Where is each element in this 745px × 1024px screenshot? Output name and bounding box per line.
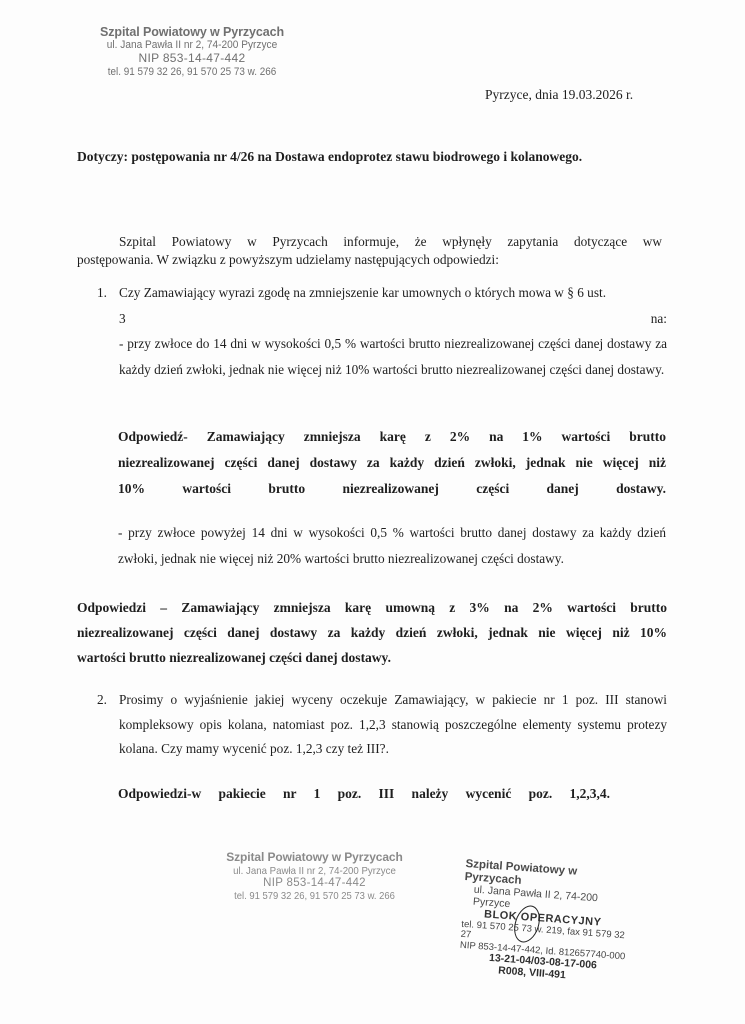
answer-1a-line-1: Odpowiedź- Zamawiający zmniejsza karę z … — [118, 424, 666, 450]
subject-line: Dotyczy: postępowania nr 4/26 na Dostawa… — [77, 150, 582, 164]
date-line: Pyrzyce, dnia 19.03.2026 r. — [485, 88, 633, 102]
question-1-bullet-b: - przy zwłoce powyżej 14 dni w wysokości… — [118, 520, 666, 571]
intro-paragraph: Szpital Powiatowy w Pyrzycach informuje,… — [77, 233, 662, 269]
question-1-na: na: — [651, 306, 667, 332]
question-2: 2. Prosimy o wyjaśnienie jakiej wyceny o… — [97, 688, 667, 762]
stamp-hospital-name: Szpital Powiatowy w Pyrzycach — [92, 25, 292, 39]
question-number: 1. — [97, 280, 107, 306]
answer-1b-line-1: Odpowiedzi – Zamawiający zmniejsza karę … — [77, 595, 667, 620]
footer-stamp: Szpital Powiatowy w Pyrzycach ul. Jana P… — [222, 851, 407, 902]
footer-stamp-address: ul. Jana Pawła II nr 2, 74-200 Pyrzyce — [229, 865, 399, 877]
footer-stamp-phone: tel. 91 579 32 26, 91 570 25 73 w. 266 — [231, 890, 398, 902]
question-1-bullet-a: - przy zwłoce do 14 dni w wysokości 0,5 … — [119, 331, 667, 382]
answer-1a-line-2: niezrealizowanej części danej dostawy za… — [118, 450, 666, 476]
answer-1b-line-2: niezrealizowanej części danej dostawy za… — [77, 620, 667, 645]
question-1-line-2: 3 na: — [119, 306, 667, 332]
answer-1b-line-3: wartości brutto niezrealizowanej części … — [77, 645, 667, 670]
stamp-address: ul. Jana Pawła II nr 2, 74-200 Pyrzyce — [100, 39, 284, 52]
question-number: 2. — [97, 688, 107, 713]
intro-line-1: Szpital Powiatowy w Pyrzycach informuje,… — [119, 234, 662, 249]
answer-1a-line-3: 10% wartości brutto niezrealizowanej czę… — [118, 476, 666, 502]
question-2-text: Prosimy o wyjaśnienie jakiej wyceny ocze… — [119, 688, 667, 762]
question-1: 1. Czy Zamawiający wyrazi zgodę na zmnie… — [97, 280, 667, 382]
stamp-nip: NIP 853-14-47-442 — [92, 52, 292, 66]
header-stamp: Szpital Powiatowy w Pyrzycach ul. Jana P… — [92, 25, 292, 78]
answer-1b: Odpowiedzi – Zamawiający zmniejsza karę … — [77, 595, 667, 670]
stamp-phone: tel. 91 579 32 26, 91 570 25 73 w. 266 — [102, 66, 282, 79]
question-1-ust-number: 3 — [119, 306, 126, 332]
answer-2: Odpowiedzi-w pakiecie nr 1 poz. III nale… — [118, 787, 610, 801]
answer-1a: Odpowiedź- Zamawiający zmniejsza karę z … — [118, 424, 666, 502]
document-page: Szpital Powiatowy w Pyrzycach ul. Jana P… — [0, 0, 745, 1024]
intro-line-2: postępowania. W związku z powyższym udzi… — [77, 252, 499, 267]
operating-block-stamp: Szpital Powiatowy w Pyrzycach ul. Jana P… — [458, 858, 636, 987]
question-1-line-1: Czy Zamawiający wyrazi zgodę na zmniejsz… — [119, 280, 667, 306]
footer-stamp-nip: NIP 853-14-47-442 — [222, 877, 407, 890]
footer-stamp-name: Szpital Powiatowy w Pyrzycach — [222, 851, 407, 865]
